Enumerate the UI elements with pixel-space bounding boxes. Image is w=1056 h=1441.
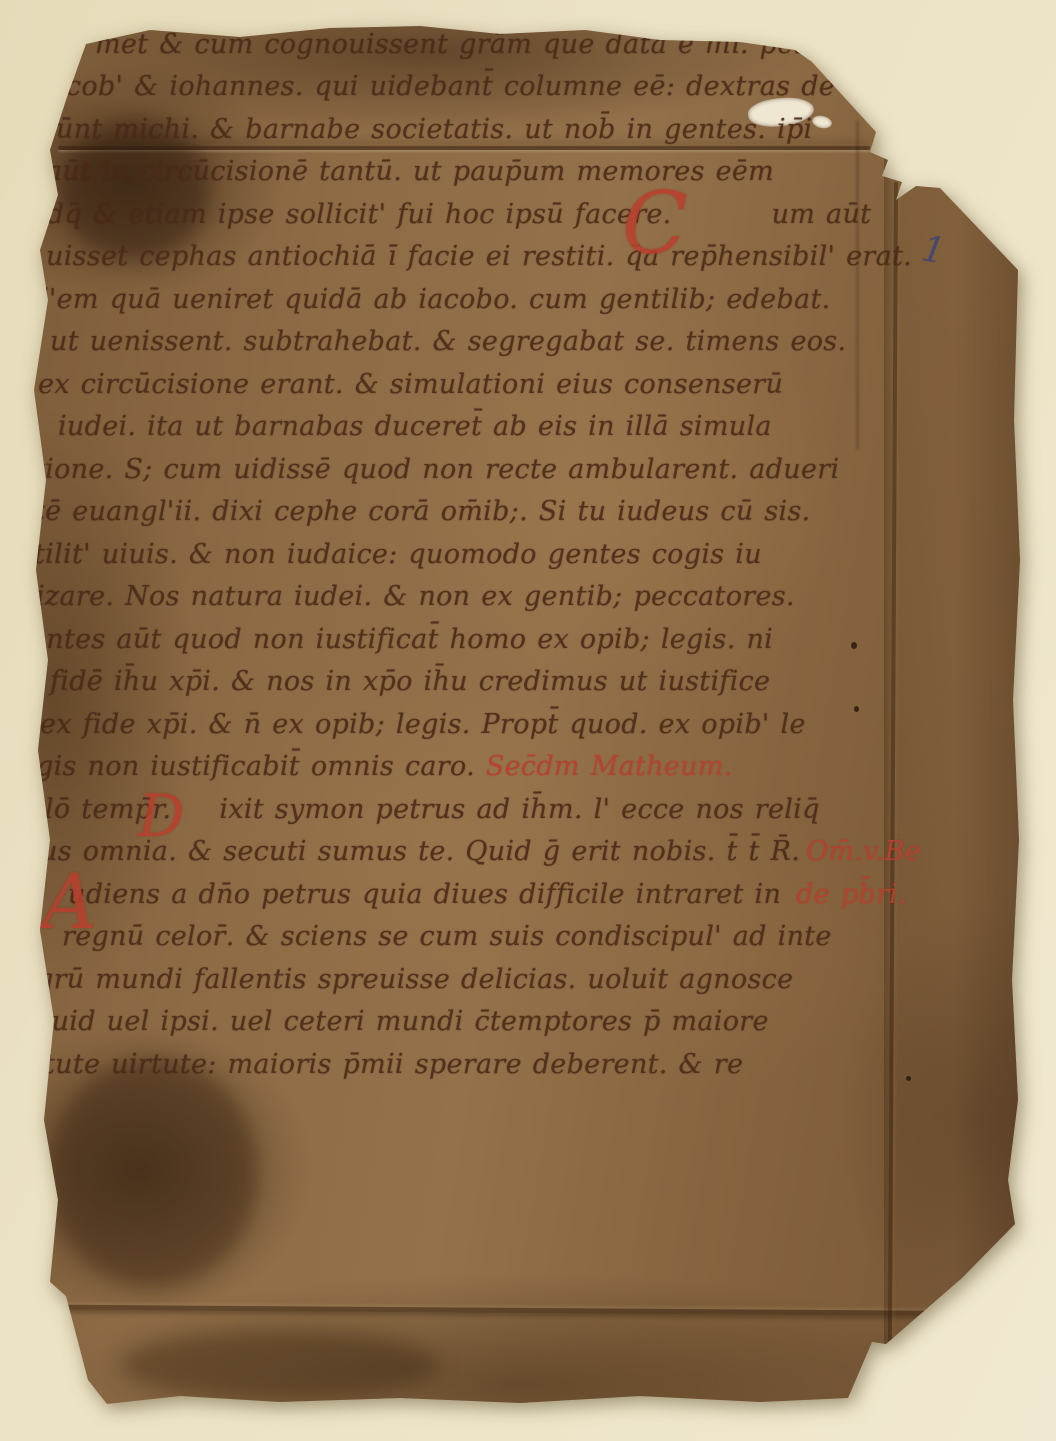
- text-line: ut uenissent. subtrahebat. & segregabat …: [50, 325, 846, 359]
- body-text: udiens a dn̄o petrus quia diues difficil…: [68, 879, 792, 910]
- text-line: gis non iustificabit̄ omnis caro. Sec̄dm…: [36, 750, 733, 784]
- body-text: grū mundi fallentis spreuisse delicias.…: [36, 964, 793, 995]
- text-line: quid uel ipsi. uel ceteri mundi c̄tempto…: [34, 1005, 769, 1039]
- text-line: ūnt michi. & barnabe societatis. ut nob…: [56, 113, 813, 147]
- text-line: cob' & iohannes. qui uidebant̄ columne e…: [66, 70, 835, 104]
- text-line: udiens a dn̄o petrus quia diues difficil…: [68, 878, 907, 912]
- body-text: l'em quā ueniret quidā ab iacobo. cum …: [40, 284, 830, 315]
- text-line: iudei. ita ut barnabas duceret̄ ab eis i…: [58, 410, 772, 444]
- body-text: met & cum cognouissent grām que data ē…: [95, 29, 805, 60]
- text-line: grū mundi fallentis spreuisse delicias.…: [36, 963, 793, 997]
- body-text: fidē ih̄u xp̄i. & nos in xp̄o ih̄u cred…: [50, 666, 770, 697]
- manuscript-text-block: met & cum cognouissent grām que data ē…: [0, 0, 1056, 1441]
- text-line: tē euangl'ii. dixi cephe corā om̄ib;. …: [34, 495, 811, 529]
- text-line: l'em quā ueniret quidā ab iacobo. cum …: [40, 283, 830, 317]
- parchment-shadow: met & cum cognouissent grām que data ē…: [0, 0, 1056, 1441]
- text-line: uisset cephas antiochiā ī facie ei res…: [46, 240, 912, 274]
- rubric-text: Om̄.v.Be: [806, 836, 921, 867]
- body-text: tē euangl'ii. dixi cephe corā om̄ib;. …: [34, 496, 811, 527]
- text-line: tute uirtute: maioris p̄mii sperare debe…: [44, 1048, 743, 1082]
- body-text: regnū celor̄. & sciens se cum suis cond…: [62, 921, 832, 952]
- photo-background: met & cum cognouissent grām que data ē…: [0, 0, 1056, 1441]
- body-text: tione. S; cum uidissē quod non recte am…: [34, 454, 839, 485]
- body-text: uisset cephas antiochiā ī facie ei res…: [46, 241, 912, 272]
- parchment-leaf: met & cum cognouissent grām que data ē…: [0, 0, 1056, 1441]
- text-line: met & cum cognouissent grām que data ē…: [95, 28, 805, 62]
- body-text: izare. Nos natura iudei. & non ex gentib…: [36, 581, 795, 612]
- body-text: ex circūcisione erant. & simulationi ei…: [38, 369, 783, 400]
- body-text: tilit' uiuis. & non iudaice: quomodo gen…: [34, 539, 762, 570]
- initial-A: A: [42, 868, 97, 936]
- text-line: regnū celor̄. & sciens se cum suis cond…: [62, 920, 832, 954]
- text-line: tione. S; cum uidissē quod non recte am…: [34, 453, 839, 487]
- text-line: fidē ih̄u xp̄i. & nos in xp̄o ih̄u cred…: [50, 665, 770, 699]
- body-text: ex fide xp̄i. & n̄ ex opib; legis. Propt…: [40, 709, 806, 740]
- initial-C: C: [622, 186, 688, 263]
- rubric-text: de pb̄ri.: [796, 879, 907, 910]
- body-text: cob' & iohannes. qui uidebant̄ columne e…: [66, 71, 835, 102]
- body-text: um aūt: [772, 199, 872, 230]
- text-line: idq̄ & etiam ipse sollicit' fui hoc ipsu…: [38, 198, 871, 232]
- initial-D: D: [138, 790, 185, 842]
- body-text: ixit symon petrus ad ih̄m. l' ecce nos r…: [219, 794, 819, 825]
- body-text: ut uenissent. subtrahebat. & segregabat …: [50, 326, 846, 357]
- body-text: idq̄ & etiam ipse sollicit' fui hoc ipsu…: [38, 199, 672, 230]
- rubric-text: Sec̄dm Matheum.: [486, 751, 733, 782]
- body-text: ūnt michi. & barnabe societatis. ut nob…: [56, 114, 813, 145]
- body-text: entes aūt quod non iustificat̄ homo ex …: [30, 624, 773, 655]
- body-text: gis non iustificabit̄ omnis caro.: [36, 751, 486, 782]
- text-line: izare. Nos natura iudei. & non ex gentib…: [36, 580, 795, 614]
- text-line: ex circūcisione erant. & simulationi ei…: [38, 368, 783, 402]
- text-line: entes aūt quod non iustificat̄ homo ex …: [30, 623, 773, 657]
- body-text: quid uel ipsi. uel ceteri mundi c̄tempto…: [34, 1006, 769, 1037]
- body-text: tute uirtute: maioris p̄mii sperare debe…: [44, 1049, 743, 1080]
- text-line: ex fide xp̄i. & n̄ ex opib; legis. Propt…: [40, 708, 806, 742]
- text-line: tilit' uiuis. & non iudaice: quomodo gen…: [34, 538, 762, 572]
- body-text: iudei. ita ut barnabas duceret̄ ab eis i…: [58, 411, 772, 442]
